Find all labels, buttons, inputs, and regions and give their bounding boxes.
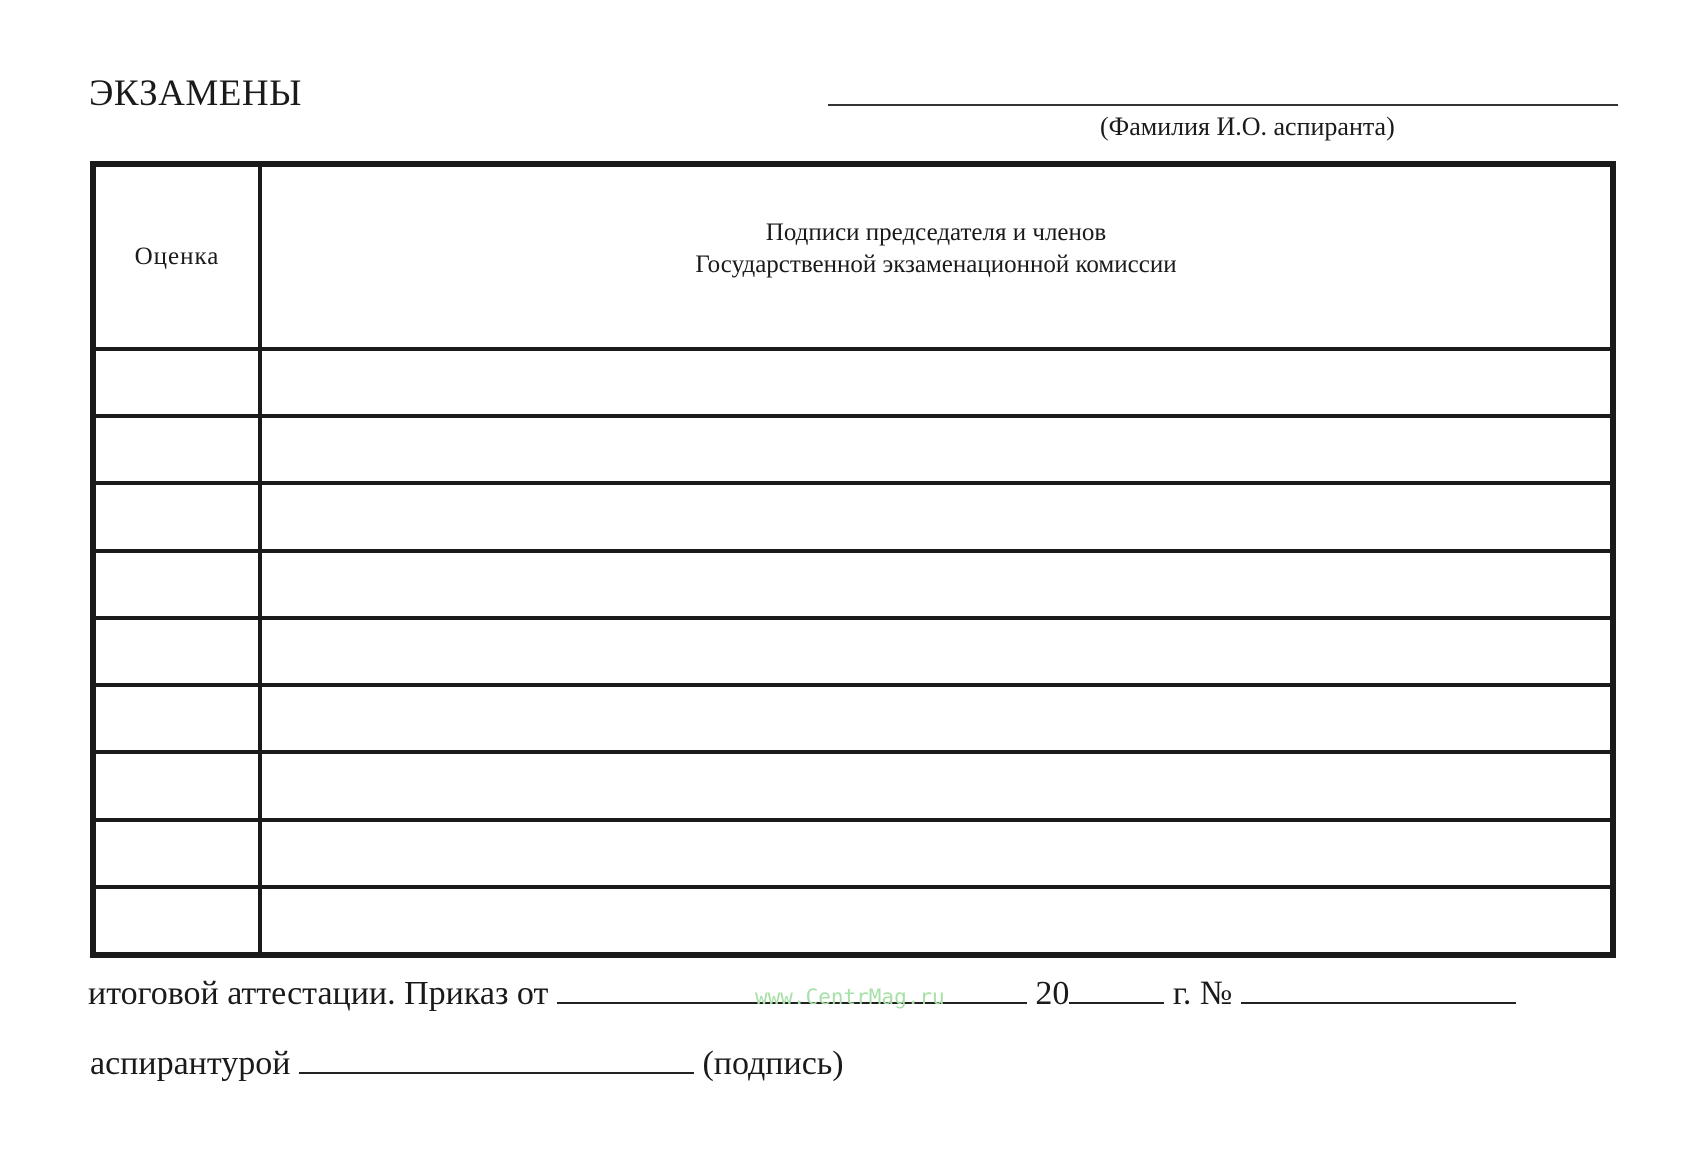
signatures-cell[interactable] [260, 820, 1613, 887]
grade-cell[interactable] [93, 685, 260, 752]
signatures-column-header: Подписи председателя и членов Государств… [260, 164, 1613, 349]
signatures-cell[interactable] [260, 349, 1613, 416]
order-label: итоговой аттестации. Приказ от [88, 975, 548, 1012]
table-row [93, 685, 1613, 752]
student-name-caption: (Фамилия И.О. аспиранта) [1100, 112, 1395, 142]
grade-cell[interactable] [93, 551, 260, 618]
signatures-cell[interactable] [260, 416, 1613, 483]
signatures-cell[interactable] [260, 483, 1613, 550]
year-prefix: 20 [1035, 975, 1069, 1012]
grade-cell[interactable] [93, 349, 260, 416]
table-header-row: Оценка Подписи председателя и членов Гос… [93, 164, 1613, 349]
supervisor-label: аспирантурой [90, 1045, 290, 1082]
grade-cell[interactable] [93, 887, 260, 955]
signatures-cell[interactable] [260, 618, 1613, 685]
grade-cell[interactable] [93, 618, 260, 685]
signatures-cell[interactable] [260, 887, 1613, 955]
signatures-cell[interactable] [260, 752, 1613, 819]
grade-cell[interactable] [93, 416, 260, 483]
supervisor-signature-line: аспирантурой (подпись) [90, 1045, 844, 1083]
table-row [93, 349, 1613, 416]
order-number-label: г. № [1173, 975, 1233, 1012]
form-title: ЭКЗАМЕНЫ [89, 72, 302, 115]
table-row [93, 887, 1613, 955]
order-number-field[interactable] [1241, 1001, 1516, 1004]
grade-cell[interactable] [93, 483, 260, 550]
table-row [93, 820, 1613, 887]
year-field[interactable] [1069, 1001, 1164, 1004]
table-row [93, 551, 1613, 618]
table-row [93, 483, 1613, 550]
table-row [93, 618, 1613, 685]
signatures-header-line2: Государственной экзаменационной комиссии [262, 249, 1610, 281]
student-name-field[interactable] [828, 104, 1618, 106]
grade-cell[interactable] [93, 752, 260, 819]
exams-table: Оценка Подписи председателя и членов Гос… [90, 161, 1616, 958]
grade-column-header: Оценка [93, 164, 260, 349]
grade-cell[interactable] [93, 820, 260, 887]
signatures-cell[interactable] [260, 551, 1613, 618]
signatures-header-line1: Подписи председателя и членов [262, 217, 1610, 249]
signature-caption: (подпись) [702, 1045, 843, 1082]
table-row [93, 752, 1613, 819]
signatures-cell[interactable] [260, 685, 1613, 752]
supervisor-signature-field[interactable] [299, 1071, 694, 1074]
table-row [93, 416, 1613, 483]
watermark: www.CentrMag.ru [755, 985, 945, 1009]
